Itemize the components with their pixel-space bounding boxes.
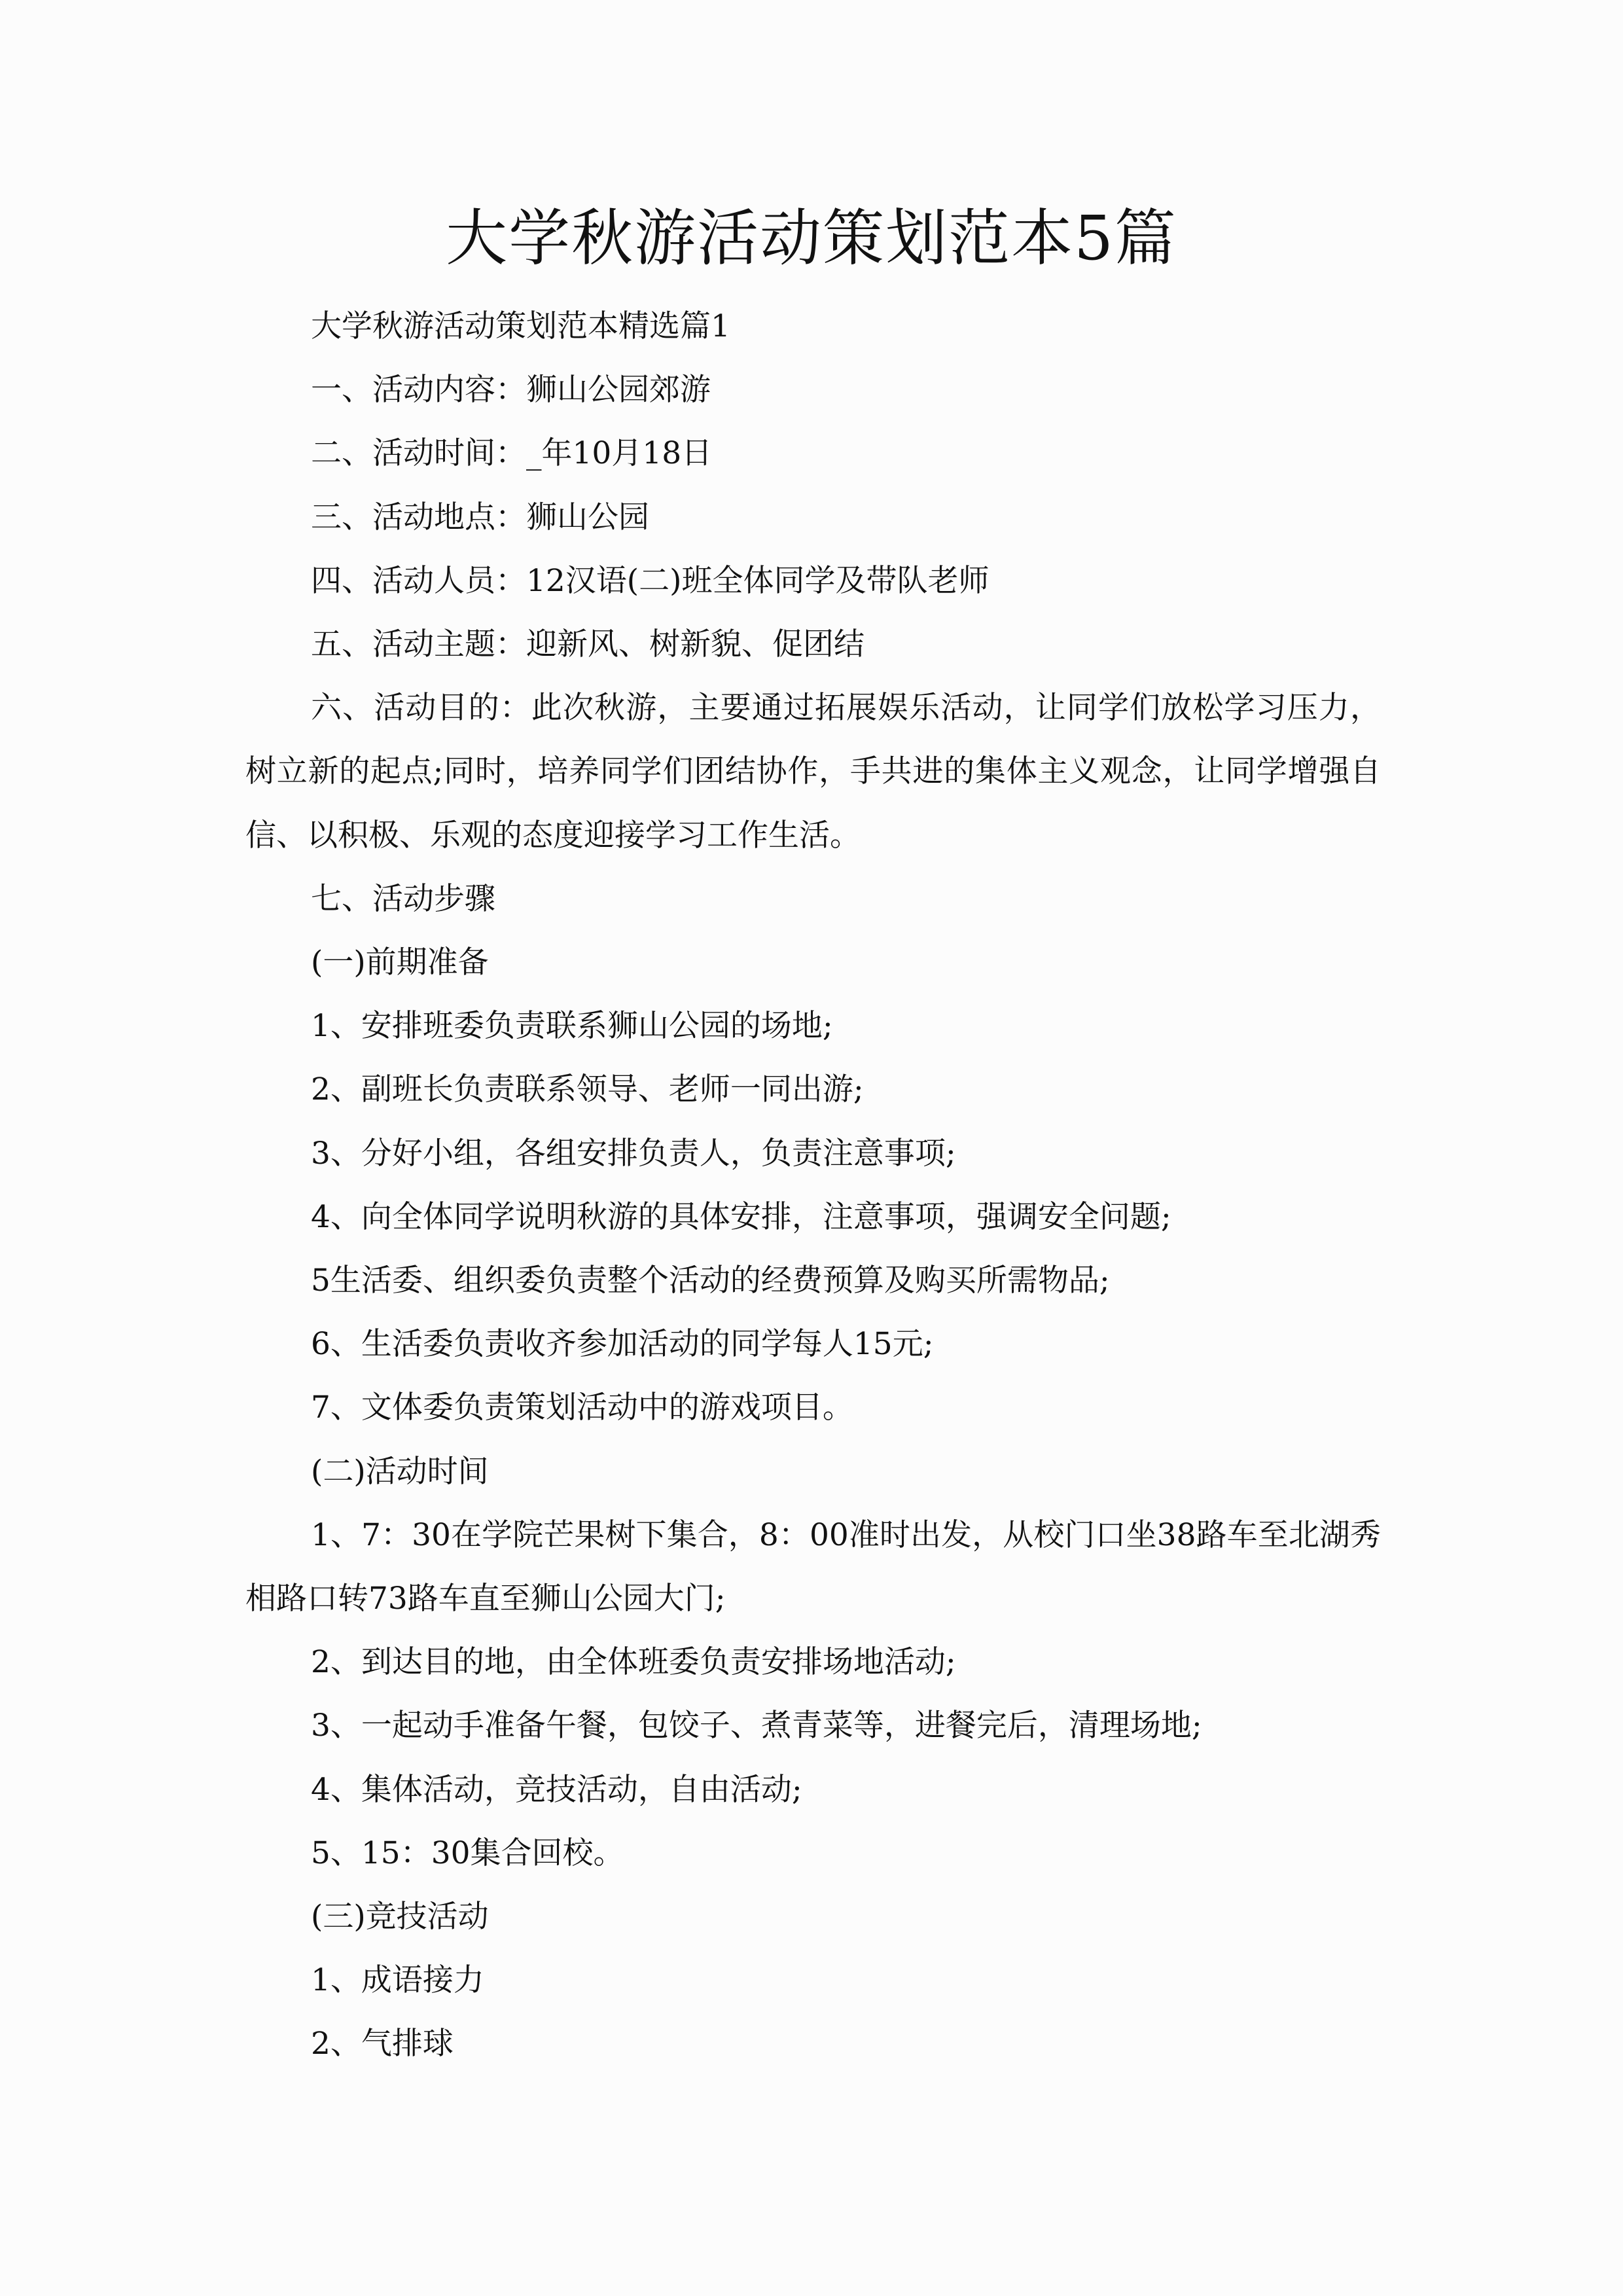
- list-item: 7、文体委负责策划活动中的游戏项目。: [245, 1376, 1381, 1439]
- list-item: 6、生活委负责收齐参加活动的同学每人15元;: [245, 1312, 1381, 1376]
- list-item: 5生活委、组织委负责整个活动的经费预算及购买所需物品;: [245, 1249, 1381, 1312]
- list-item: 5、15：30集合回校。: [245, 1821, 1381, 1885]
- list-item: 4、集体活动，竞技活动，自由活动;: [245, 1758, 1381, 1821]
- section-theme: 五、活动主题：迎新风、树新貌、促团结: [245, 613, 1381, 676]
- list-item: 1、7：30在学院芒果树下集合，8：00准时出发，从校门口坐38路车至北湖秀相路…: [245, 1503, 1381, 1630]
- schedule-heading: (二)活动时间: [245, 1440, 1381, 1503]
- document-subtitle: 大学秋游活动策划范本精选篇1: [245, 295, 1381, 358]
- document-page: 大学秋游活动策划范本5篇 大学秋游活动策划范本精选篇1 一、活动内容：狮山公园郊…: [0, 0, 1623, 2296]
- document-body: 大学秋游活动策划范本精选篇1 一、活动内容：狮山公园郊游 二、活动时间：_年10…: [245, 295, 1381, 2076]
- list-item: 3、分好小组，各组安排负责人，负责注意事项;: [245, 1122, 1381, 1185]
- list-item: 4、向全体同学说明秋游的具体安排，注意事项，强调安全问题;: [245, 1185, 1381, 1249]
- document-title: 大学秋游活动策划范本5篇: [0, 196, 1623, 281]
- list-item: 2、到达目的地，由全体班委负责安排场地活动;: [245, 1630, 1381, 1694]
- list-item: 2、副班长负责联系领导、老师一同出游;: [245, 1058, 1381, 1121]
- list-item: 2、气排球: [245, 2012, 1381, 2075]
- preparation-heading: (一)前期准备: [245, 931, 1381, 994]
- section-steps-heading: 七、活动步骤: [245, 867, 1381, 931]
- section-content: 一、活动内容：狮山公园郊游: [245, 358, 1381, 422]
- section-participants: 四、活动人员：12汉语(二)班全体同学及带队老师: [245, 549, 1381, 613]
- list-item: 3、一起动手准备午餐，包饺子、煮青菜等，进餐完后，清理场地;: [245, 1694, 1381, 1757]
- competition-heading: (三)竞技活动: [245, 1885, 1381, 1948]
- section-purpose: 六、活动目的：此次秋游，主要通过拓展娱乐活动，让同学们放松学习压力，树立新的起点…: [245, 676, 1381, 867]
- list-item: 1、成语接力: [245, 1948, 1381, 2012]
- section-location: 三、活动地点：狮山公园: [245, 486, 1381, 549]
- list-item: 1、安排班委负责联系狮山公园的场地;: [245, 994, 1381, 1058]
- section-time: 二、活动时间：_年10月18日: [245, 422, 1381, 485]
